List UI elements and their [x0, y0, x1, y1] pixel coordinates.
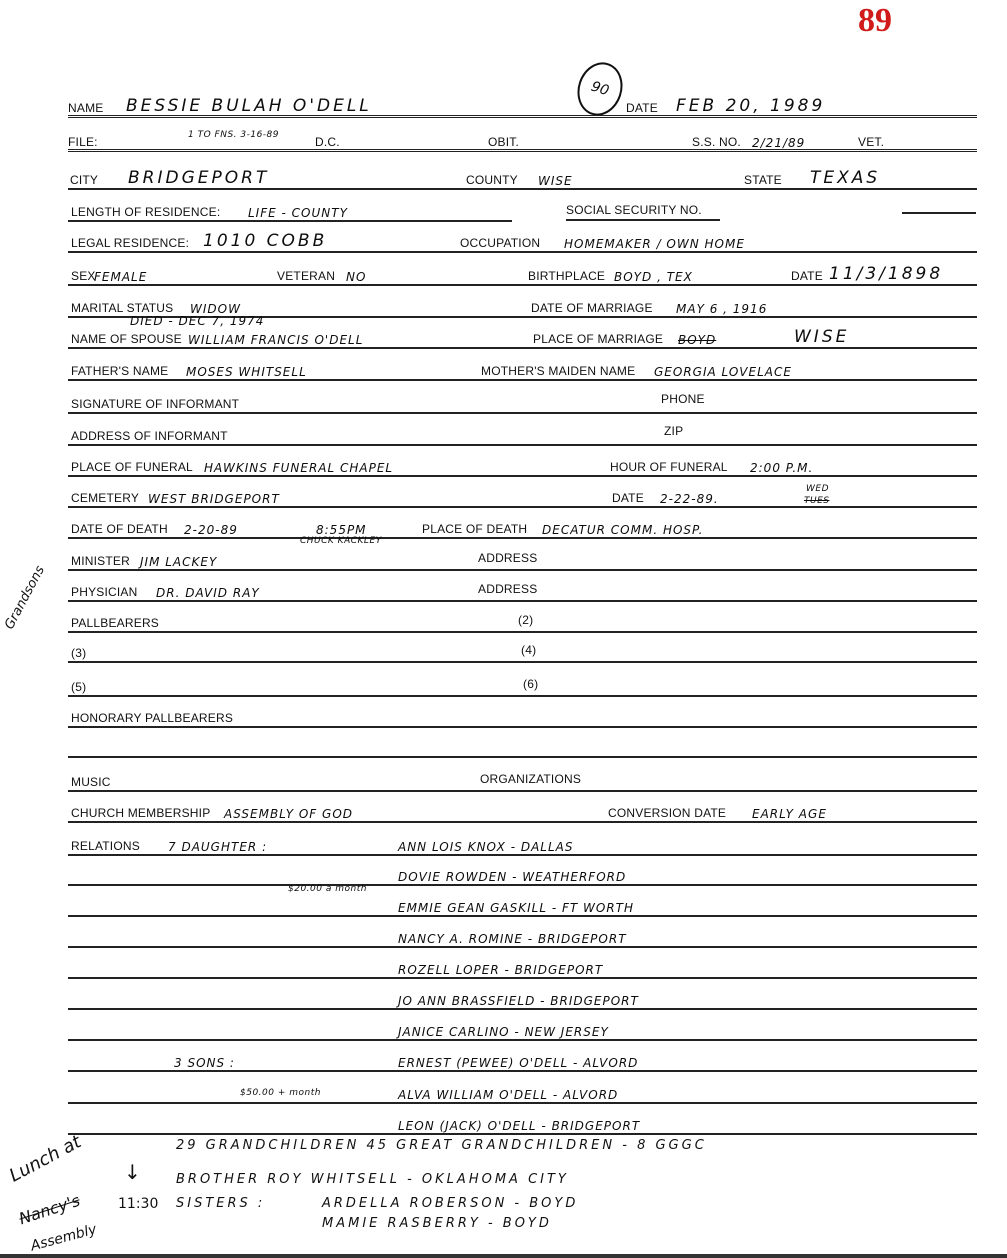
- sex-label: SEX: [71, 269, 96, 283]
- minister-value: Jim Lackey: [140, 555, 217, 569]
- relations-row-6: Jo Ann Brassfield - Bridgeport: [68, 988, 977, 1010]
- daughters-heading: 7 Daughter :: [168, 840, 267, 854]
- funeral-day-correction: Wed: [806, 484, 829, 494]
- date-of-marriage-label: DATE OF MARRIAGE: [531, 301, 653, 315]
- son-3: Leon (Jack) O'Dell - Bridgeport: [398, 1119, 640, 1133]
- residence-row: LENGTH OF RESIDENCE: Life - County: [68, 200, 512, 222]
- veteran-value: No: [346, 270, 366, 284]
- place-of-funeral-value: Hawkins Funeral Chapel: [204, 461, 393, 475]
- daughter-7: Janice Carlino - New Jersey: [398, 1025, 609, 1039]
- ssn-rule: [566, 219, 720, 221]
- minister-row: MINISTER Jim Lackey ADDRESS: [68, 549, 977, 571]
- spouse-row: NAME OF SPOUSE William Francis O'Dell PL…: [68, 327, 977, 349]
- sex-row: SEX Female VETERAN No BIRTHPLACE Boyd , …: [68, 264, 977, 286]
- grandsons-margin-note: Grandsons: [2, 564, 48, 633]
- son-1: Ernest (Pewee) O'Dell - Alvord: [398, 1056, 638, 1070]
- conversion-date-label: CONVERSION DATE: [608, 806, 726, 820]
- place-of-marriage-struck: Boyd: [678, 333, 716, 347]
- name-label: NAME: [68, 101, 103, 115]
- daughter-2: Dovie Rowden - Weatherford: [398, 870, 626, 884]
- cemetery-label: CEMETERY: [71, 491, 139, 505]
- phone-label: PHONE: [661, 392, 705, 406]
- place-of-death-value: Decatur Comm. Hosp.: [542, 523, 703, 537]
- relations-row-5: Rozell Loper - Bridgeport: [68, 957, 977, 979]
- funeral-date-label: DATE: [612, 491, 644, 505]
- organizations-label: ORGANIZATIONS: [480, 772, 581, 786]
- sister-2: Mamie Rasberry - Boyd: [322, 1216, 552, 1231]
- down-arrow-icon: ↓: [124, 1160, 141, 1184]
- pallbearers-label: PALLBEARERS: [71, 616, 159, 630]
- minister-address-label: ADDRESS: [478, 551, 537, 565]
- place-of-funeral-label: PLACE OF FUNERAL: [71, 460, 193, 474]
- occupation-label: OCCUPATION: [460, 236, 540, 250]
- parents-row: FATHER'S NAME Moses Whitsell MOTHER'S MA…: [68, 359, 977, 381]
- pallbearer-slot-5: (5): [71, 680, 86, 694]
- birth-date-value: 11/3/1898: [829, 264, 943, 284]
- pallbearers-row-2: (3) (4): [68, 641, 977, 663]
- ss-no-label: S.S. NO.: [692, 135, 741, 149]
- physician-label: PHYSICIAN: [71, 585, 137, 599]
- name-of-spouse-value: William Francis O'Dell: [188, 333, 363, 347]
- date-of-marriage-value: May 6 , 1916: [676, 302, 767, 316]
- relations-row-3: Emmie Gean Gaskill - Ft Worth: [68, 895, 977, 917]
- legal-residence-row: LEGAL RESIDENCE: 1010 Cobb OCCUPATION Ho…: [68, 231, 977, 253]
- relations-row-10: Leon (Jack) O'Dell - Bridgeport: [68, 1113, 977, 1135]
- lunch-margin-time: 11:30: [118, 1196, 158, 1212]
- daughter-1: Ann Lois Knox - Dallas: [398, 840, 574, 854]
- length-of-residence-label: LENGTH OF RESIDENCE:: [71, 205, 220, 219]
- pallbearer-slot-6: (6): [523, 677, 538, 691]
- pallbearer-slot-4: (4): [521, 643, 536, 657]
- file-label: FILE:: [68, 135, 98, 149]
- name-row: NAME Bessie Bulah O'Dell DATE Feb 20, 19…: [68, 96, 977, 118]
- funeral-day-struck: Tues: [804, 496, 829, 506]
- city-label: CITY: [70, 173, 98, 187]
- music-row: MUSIC ORGANIZATIONS: [68, 770, 977, 792]
- conversion-date-value: Early Age: [752, 807, 827, 821]
- church-membership-label: CHURCH MEMBERSHIP: [71, 806, 210, 820]
- state-value: Texas: [810, 168, 880, 188]
- sex-value: Female: [94, 270, 147, 284]
- son-2: Alva William O'Dell - Alvord: [398, 1088, 618, 1102]
- informant-address-row: ADDRESS OF INFORMANT ZIP: [68, 424, 977, 446]
- legal-residence-value: 1010 Cobb: [203, 231, 327, 251]
- county-value: Wise: [538, 174, 573, 188]
- fathers-name-label: FATHER'S NAME: [71, 364, 168, 378]
- funeral-date-value: 2-22-89.: [660, 492, 719, 506]
- place-of-death-label: PLACE OF DEATH: [422, 522, 527, 536]
- relations-row-7: Janice Carlino - New Jersey: [68, 1019, 977, 1041]
- birth-date-label: DATE: [791, 269, 823, 283]
- page-bottom-edge: [0, 1254, 1007, 1258]
- signature-of-informant-label: SIGNATURE OF INFORMANT: [71, 397, 239, 411]
- county-label: COUNTY: [466, 173, 518, 187]
- honorary-pallbearers-label: HONORARY PALLBEARERS: [71, 711, 233, 725]
- legal-residence-label: LEGAL RESIDENCE:: [71, 236, 189, 250]
- ss-no-value: 2/21/89: [752, 136, 805, 150]
- grandchildren-line: 29 Grandchildren 45 Great Grandchildren …: [176, 1138, 707, 1153]
- relations-row-9: $50.00 + month Alva William O'Dell - Alv…: [68, 1082, 977, 1104]
- sister-1: Ardella Roberson - Boyd: [322, 1196, 578, 1211]
- pallbearers-row-3: (5) (6): [68, 675, 977, 697]
- daughter-4: Nancy A. Romine - Bridgeport: [398, 932, 627, 946]
- sons-allowance-note: $50.00 + month: [240, 1088, 321, 1098]
- pallbearers-row-1: PALLBEARERS (2): [68, 611, 977, 633]
- file-note: 1 to FNS. 3-16-89: [188, 130, 279, 140]
- lunch-margin-place: Assembly: [29, 1222, 98, 1255]
- funeral-row: PLACE OF FUNERAL Hawkins Funeral Chapel …: [68, 455, 977, 477]
- mothers-maiden-name-value: Georgia Lovelace: [654, 365, 792, 379]
- relations-row-4: Nancy A. Romine - Bridgeport: [68, 926, 977, 948]
- hour-of-funeral-label: HOUR OF FUNERAL: [610, 460, 728, 474]
- length-of-residence-value: Life - County: [248, 206, 348, 220]
- obit-label: OBIT.: [488, 135, 519, 149]
- minister-label: MINISTER: [71, 554, 130, 568]
- city-value: Bridgeport: [128, 168, 269, 188]
- daughter-5: Rozell Loper - Bridgeport: [398, 963, 603, 977]
- dc-label: D.C.: [315, 135, 340, 149]
- music-label: MUSIC: [71, 775, 111, 789]
- cemetery-row: CEMETERY West Bridgeport DATE 2-22-89. T…: [68, 486, 977, 508]
- date-of-death-label: DATE OF DEATH: [71, 522, 168, 536]
- relations-row-2: Dovie Rowden - Weatherford: [68, 864, 977, 886]
- marital-status-label: MARITAL STATUS: [71, 301, 173, 315]
- physician-value: Dr. David Ray: [156, 586, 260, 600]
- name-value: Bessie Bulah O'Dell: [126, 96, 372, 116]
- birthplace-value: Boyd , Tex: [614, 270, 693, 284]
- place-of-marriage-value: Wise: [794, 327, 849, 347]
- lunch-margin-struck: Nancy's: [17, 1191, 83, 1229]
- death-row: DATE OF DEATH 2-20-89 8:55PM PLACE OF DE…: [68, 517, 977, 539]
- veteran-label: VETERAN: [277, 269, 335, 283]
- pallbearer-slot-3: (3): [71, 646, 86, 660]
- physician-address-label: ADDRESS: [478, 582, 537, 596]
- relations-row-1: RELATIONS 7 Daughter : Ann Lois Knox - D…: [68, 834, 977, 856]
- honorary-pallbearers-row-2: [68, 736, 977, 758]
- church-membership-value: Assembly of God: [224, 807, 353, 821]
- page-number: 89: [858, 2, 892, 40]
- date-label: DATE: [626, 101, 658, 115]
- brother-line: Brother Roy Whitsell - Oklahoma City: [176, 1172, 569, 1187]
- church-row: CHURCH MEMBERSHIP Assembly of God CONVER…: [68, 801, 977, 823]
- signature-row: SIGNATURE OF INFORMANT PHONE: [68, 392, 977, 414]
- lunch-margin-note: Lunch at: [6, 1131, 85, 1186]
- honorary-pallbearers-row: HONORARY PALLBEARERS: [68, 706, 977, 728]
- relations-label: RELATIONS: [71, 839, 140, 853]
- relations-row-8: 3 Sons : Ernest (Pewee) O'Dell - Alvord: [68, 1050, 977, 1072]
- occupation-value: Homemaker / Own Home: [564, 237, 745, 251]
- fathers-name-value: Moses Whitsell: [186, 365, 307, 379]
- physician-row: PHYSICIAN Dr. David Ray ADDRESS: [68, 580, 977, 602]
- time-of-death-value: 8:55PM: [316, 523, 367, 537]
- birthplace-label: BIRTHPLACE: [528, 269, 605, 283]
- daughter-6: Jo Ann Brassfield - Bridgeport: [398, 994, 639, 1008]
- hour-of-funeral-value: 2:00 P.M.: [750, 461, 813, 475]
- daughter-3: Emmie Gean Gaskill - Ft Worth: [398, 901, 634, 915]
- file-row: FILE: 1 to FNS. 3-16-89 D.C. OBIT. S.S. …: [68, 130, 977, 152]
- place-of-marriage-label: PLACE OF MARRIAGE: [533, 332, 663, 346]
- sisters-heading: Sisters :: [176, 1196, 265, 1211]
- sons-heading: 3 Sons :: [174, 1056, 235, 1070]
- state-label: STATE: [744, 173, 782, 187]
- zip-label: ZIP: [664, 424, 683, 438]
- ssn-field-rule: [902, 212, 976, 214]
- address-of-informant-label: ADDRESS OF INFORMANT: [71, 429, 228, 443]
- date-value: Feb 20, 1989: [676, 96, 825, 116]
- city-row: CITY Bridgeport COUNTY Wise STATE Texas: [68, 168, 977, 190]
- cemetery-value: West Bridgeport: [148, 492, 280, 506]
- name-of-spouse-label: NAME OF SPOUSE: [71, 332, 182, 346]
- date-of-death-value: 2-20-89: [184, 523, 238, 537]
- pallbearer-slot-2: (2): [518, 613, 533, 627]
- mothers-maiden-name-label: MOTHER'S MAIDEN NAME: [481, 364, 635, 378]
- vet-label: VET.: [858, 135, 884, 149]
